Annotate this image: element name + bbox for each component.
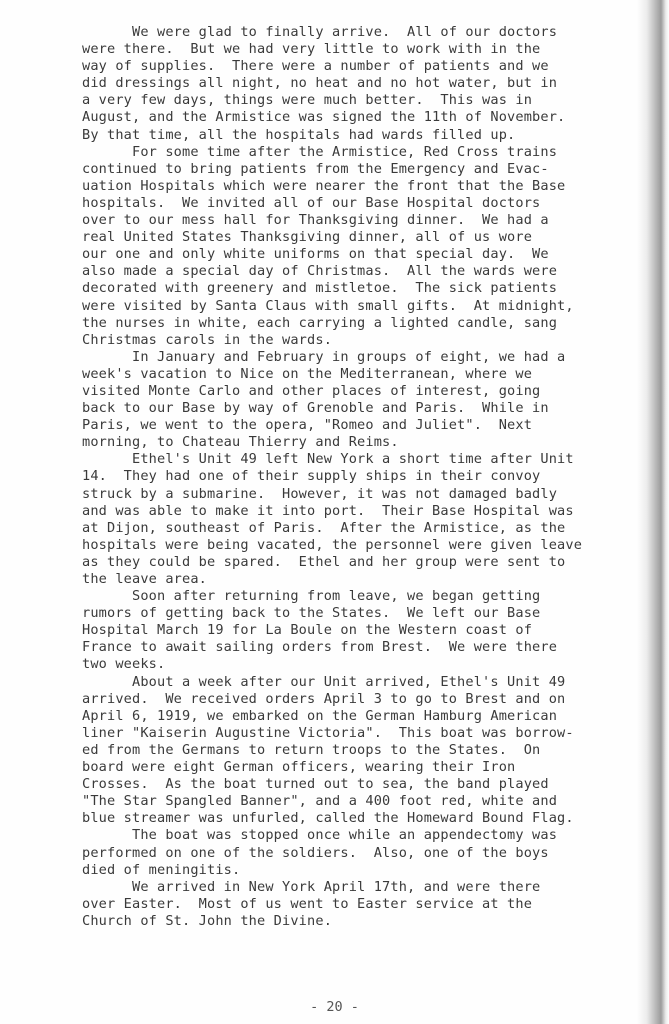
text-line: arrived. We received orders April 3 to g…: [82, 691, 622, 708]
text-line: hospitals were being vacated, the person…: [82, 537, 622, 554]
text-line: week's vacation to Nice on the Mediterra…: [82, 366, 622, 383]
text-line: ed from the Germans to return troops to …: [82, 742, 622, 759]
body-text: We were glad to finally arrive. All of o…: [82, 24, 622, 930]
text-line: died of meningitis.: [82, 862, 622, 879]
text-line: hospitals. We invited all of our Base Ho…: [82, 195, 622, 212]
text-line: the leave area.: [82, 571, 622, 588]
text-line: two weeks.: [82, 656, 622, 673]
text-line: Hospital March 19 for La Boule on the We…: [82, 622, 622, 639]
text-line: were there. But we had very little to wo…: [82, 41, 622, 58]
text-line: Christmas carols in the wards.: [82, 332, 622, 349]
text-line: By that time, all the hospitals had ward…: [82, 127, 622, 144]
text-line: over Easter. Most of us went to Easter s…: [82, 896, 622, 913]
book-binding-shadow: [637, 0, 669, 1024]
text-line: Ethel's Unit 49 left New York a short ti…: [82, 451, 622, 468]
text-line: board were eight German officers, wearin…: [82, 759, 622, 776]
text-line: our one and only white uniforms on that …: [82, 246, 622, 263]
text-line: decorated with greenery and mistletoe. T…: [82, 280, 622, 297]
text-line: did dressings all night, no heat and no …: [82, 75, 622, 92]
text-line: The boat was stopped once while an appen…: [82, 827, 622, 844]
page-number: - 20 -: [0, 999, 669, 1015]
text-line: also made a special day of Christmas. Al…: [82, 263, 622, 280]
text-line: Crosses. As the boat turned out to sea, …: [82, 776, 622, 793]
text-line: performed on one of the soldiers. Also, …: [82, 845, 622, 862]
text-line: Church of St. John the Divine.: [82, 913, 622, 930]
text-line: In January and February in groups of eig…: [82, 349, 622, 366]
text-line: way of supplies. There were a number of …: [82, 58, 622, 75]
text-line: April 6, 1919, we embarked on the German…: [82, 708, 622, 725]
text-line: We were glad to finally arrive. All of o…: [82, 24, 622, 41]
text-line: blue streamer was unfurled, called the H…: [82, 810, 622, 827]
text-line: rumors of getting back to the States. We…: [82, 605, 622, 622]
text-line: and was able to make it into port. Their…: [82, 503, 622, 520]
text-line: liner "Kaiserin Augustine Victoria". Thi…: [82, 725, 622, 742]
text-line: Soon after returning from leave, we bega…: [82, 588, 622, 605]
text-line: as they could be spared. Ethel and her g…: [82, 554, 622, 571]
text-line: over to our mess hall for Thanksgiving d…: [82, 212, 622, 229]
text-line: 14. They had one of their supply ships i…: [82, 468, 622, 485]
text-line: "The Star Spangled Banner", and a 400 fo…: [82, 793, 622, 810]
text-line: France to await sailing orders from Bres…: [82, 639, 622, 656]
text-line: uation Hospitals which were nearer the f…: [82, 178, 622, 195]
text-line: at Dijon, southeast of Paris. After the …: [82, 520, 622, 537]
text-line: real United States Thanksgiving dinner, …: [82, 229, 622, 246]
text-line: August, and the Armistice was signed the…: [82, 109, 622, 126]
text-line: visited Monte Carlo and other places of …: [82, 383, 622, 400]
text-line: back to our Base by way of Grenoble and …: [82, 400, 622, 417]
text-line: were visited by Santa Claus with small g…: [82, 298, 622, 315]
text-line: Paris, we went to the opera, "Romeo and …: [82, 417, 622, 434]
text-line: the nurses in white, each carrying a lig…: [82, 315, 622, 332]
document-page: We were glad to finally arrive. All of o…: [0, 0, 669, 1024]
text-line: continued to bring patients from the Eme…: [82, 161, 622, 178]
text-line: morning, to Chateau Thierry and Reims.: [82, 434, 622, 451]
text-line: About a week after our Unit arrived, Eth…: [82, 674, 622, 691]
text-line: We arrived in New York April 17th, and w…: [82, 879, 622, 896]
text-line: For some time after the Armistice, Red C…: [82, 144, 622, 161]
text-line: a very few days, things were much better…: [82, 92, 622, 109]
text-line: struck by a submarine. However, it was n…: [82, 486, 622, 503]
